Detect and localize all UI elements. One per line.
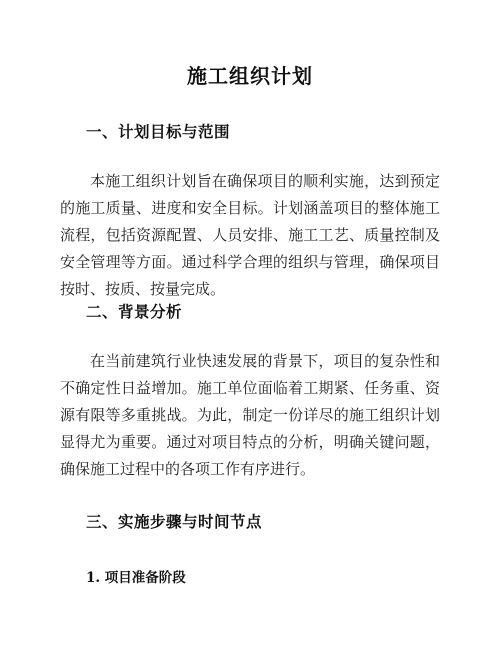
section-heading-1: 一、计划目标与范围 bbox=[86, 120, 230, 142]
section-paragraph-1: 本施工组织计划旨在确保项目的顺利实施，达到预定的施工质量、进度和安全目标。计划涵… bbox=[60, 168, 440, 303]
section-heading-3: 三、实施步骤与时间节点 bbox=[86, 510, 262, 532]
subheading-1: 1. 项目准备阶段 bbox=[86, 566, 186, 586]
document-title: 施工组织计划 bbox=[0, 60, 500, 89]
section-paragraph-2: 在当前建筑行业快速发展的背景下，项目的复杂性和不确定性日益增加。施工单位面临着工… bbox=[60, 348, 440, 483]
document-page: 施工组织计划 一、计划目标与范围 本施工组织计划旨在确保项目的顺利实施，达到预定… bbox=[0, 0, 500, 647]
section-heading-2: 二、背景分析 bbox=[86, 300, 182, 322]
